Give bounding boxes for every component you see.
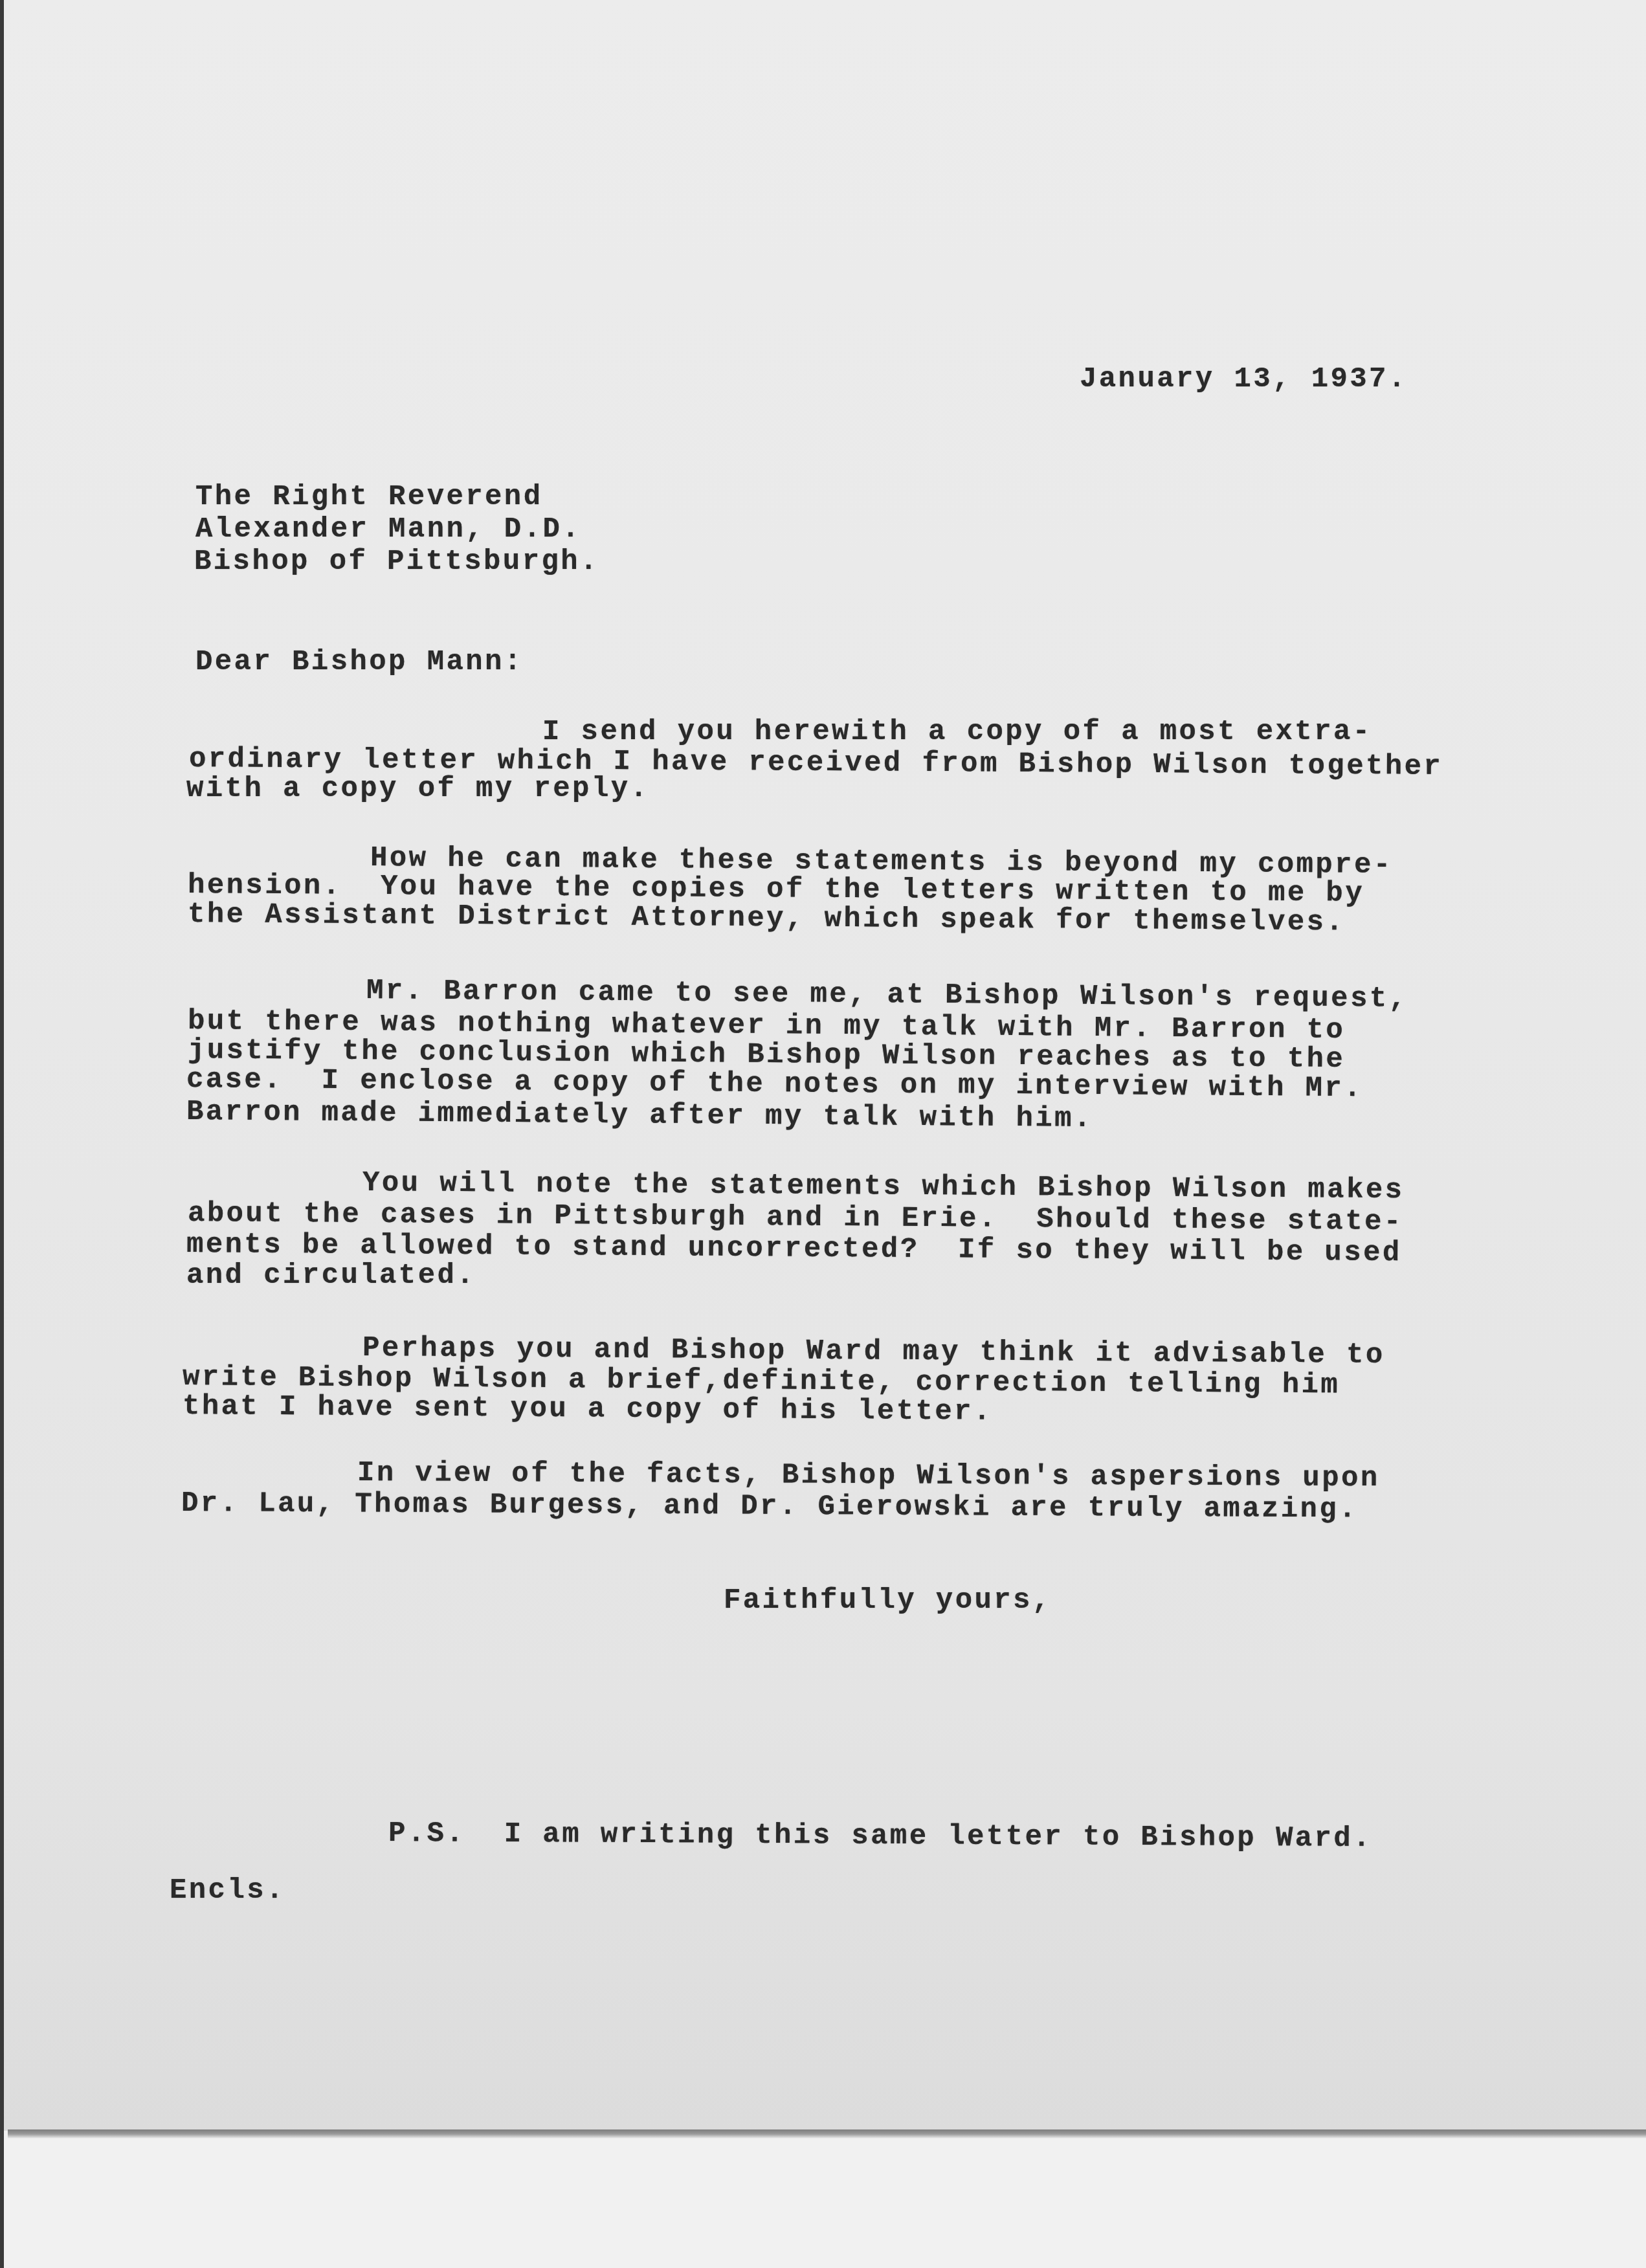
salutation: Dear Bishop Mann: xyxy=(195,647,524,677)
paragraph-line: Barron made immediately after my talk wi… xyxy=(186,1097,1093,1134)
paragraph-line: and circulated. xyxy=(186,1261,476,1291)
paragraph-line: the Assistant District Attorney, which s… xyxy=(188,900,1346,937)
recipient-line: The Right Reverend xyxy=(195,482,542,512)
recipient-line: Alexander Mann, D.D. xyxy=(195,515,581,544)
paragraph-line: that I have sent you a copy of his lette… xyxy=(183,1392,993,1427)
letter-date: January 13, 1937. xyxy=(1080,364,1408,394)
paragraph-line: In view of the facts, Bishop Wilson's as… xyxy=(357,1458,1380,1493)
recipient-line: Bishop of Pittsburgh. xyxy=(194,547,599,577)
paragraph-line: with a copy of my reply. xyxy=(186,774,649,804)
page-shadow xyxy=(8,2129,1646,2139)
paragraph-line: I send you herewith a copy of a most ext… xyxy=(542,717,1372,747)
enclosures-note: Encls. xyxy=(170,1876,285,1906)
paragraph-line: Dr. Lau, Thomas Burgess, and Dr. Gierows… xyxy=(181,1489,1358,1525)
postscript: P.S. I am writing this same letter to Bi… xyxy=(388,1819,1372,1854)
scanner-bed xyxy=(4,2139,1646,2268)
closing: Faithfully yours, xyxy=(724,1586,1052,1616)
